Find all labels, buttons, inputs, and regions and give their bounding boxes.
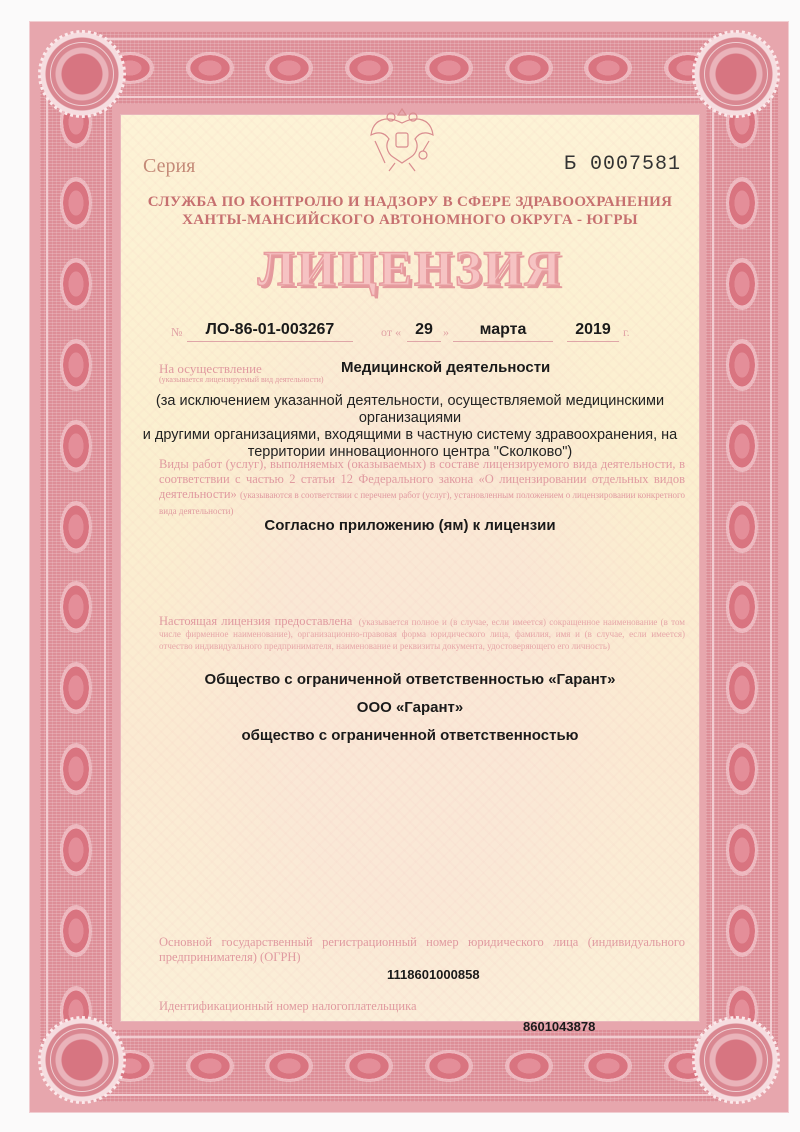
number-label: № [171, 325, 182, 340]
works-description: Виды работ (услуг), выполняемых (оказыва… [159, 457, 685, 519]
corner-ornament-icon [686, 1010, 786, 1110]
license-number: ЛО-86-01-003267 [187, 321, 353, 342]
border-left [40, 82, 112, 1052]
inn-label: Идентификационный номер налогоплательщик… [159, 999, 417, 1014]
document-body: Серия Б 0007581 СЛУЖБА ПО КОНТРОЛЮ И НАД… [120, 114, 700, 1022]
series-label: Серия [143, 155, 195, 178]
licensed-activity: Медицинской деятельности [341, 359, 550, 376]
corner-ornament-icon [32, 1010, 132, 1110]
document-title: ЛИЦЕНЗИЯ [121, 239, 699, 297]
date-from-label: от « [381, 325, 401, 340]
licensee-legal-form: общество с ограниченной ответственностью [121, 727, 699, 744]
licensee-description: Настоящая лицензия предоставлена (указыв… [159, 615, 685, 652]
activity-exclusion-note: (за исключением указанной деятельности, … [121, 393, 699, 461]
corner-ornament-icon [686, 24, 786, 124]
works-value: Согласно приложению (ям) к лицензии [121, 517, 699, 534]
issuing-agency: СЛУЖБА ПО КОНТРОЛЮ И НАДЗОРУ В СФЕРЕ ЗДР… [121, 193, 699, 229]
license-number-line: № ЛО-86-01-003267 от « 29 » марта 2019 г… [171, 321, 669, 345]
licensee-short-name: ООО «Гарант» [121, 699, 699, 716]
series-number: Б 0007581 [564, 153, 681, 176]
border-top [90, 32, 728, 104]
ogrn-value: 1118601000858 [387, 967, 480, 982]
licensee-full-name: Общество с ограниченной ответственностью… [121, 671, 699, 688]
license-certificate: Серия Б 0007581 СЛУЖБА ПО КОНТРОЛЮ И НАД… [30, 22, 788, 1112]
border-right [706, 82, 778, 1052]
inn-value: 8601043878 [523, 1019, 595, 1034]
license-day: 29 [407, 321, 441, 342]
activity-sublabel: (указывается лицензируемый вид деятельно… [159, 375, 324, 384]
coat-of-arms-icon [367, 101, 437, 173]
corner-ornament-icon [32, 24, 132, 124]
ogrn-label: Основной государственный регистрационный… [159, 935, 685, 965]
border-bottom [90, 1030, 728, 1102]
license-month: марта [453, 321, 553, 342]
license-year: 2019 [567, 321, 619, 342]
